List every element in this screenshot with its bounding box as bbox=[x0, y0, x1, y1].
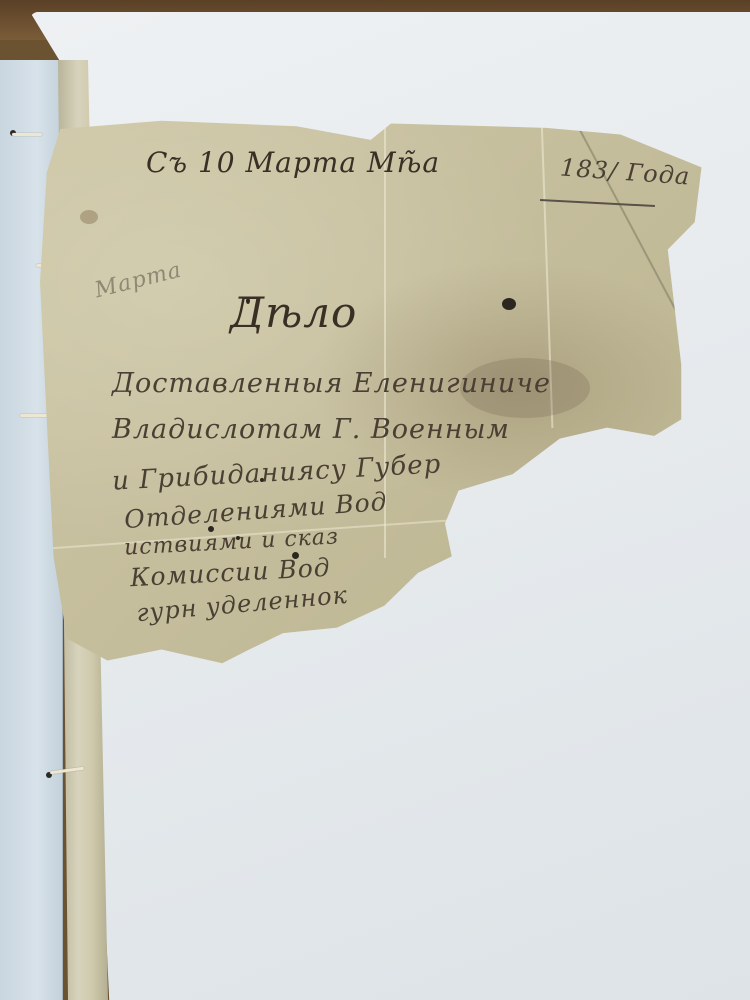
body-line: и Грибиданиясу Губер bbox=[111, 449, 442, 496]
body-line: Владислотам Г. Военным bbox=[112, 414, 510, 445]
ink-blot bbox=[502, 298, 516, 310]
body-line: Доставленныя Еленигиниче bbox=[112, 368, 551, 399]
underline bbox=[540, 199, 655, 207]
binding-thread bbox=[12, 133, 42, 136]
header-date: Съ 10 Марта Мѣ̃а bbox=[146, 146, 440, 179]
stain bbox=[80, 210, 98, 224]
margin-note: Марта bbox=[92, 258, 184, 304]
header-year: 183/ Года bbox=[559, 153, 691, 190]
document-title: Дѣло bbox=[230, 288, 357, 337]
